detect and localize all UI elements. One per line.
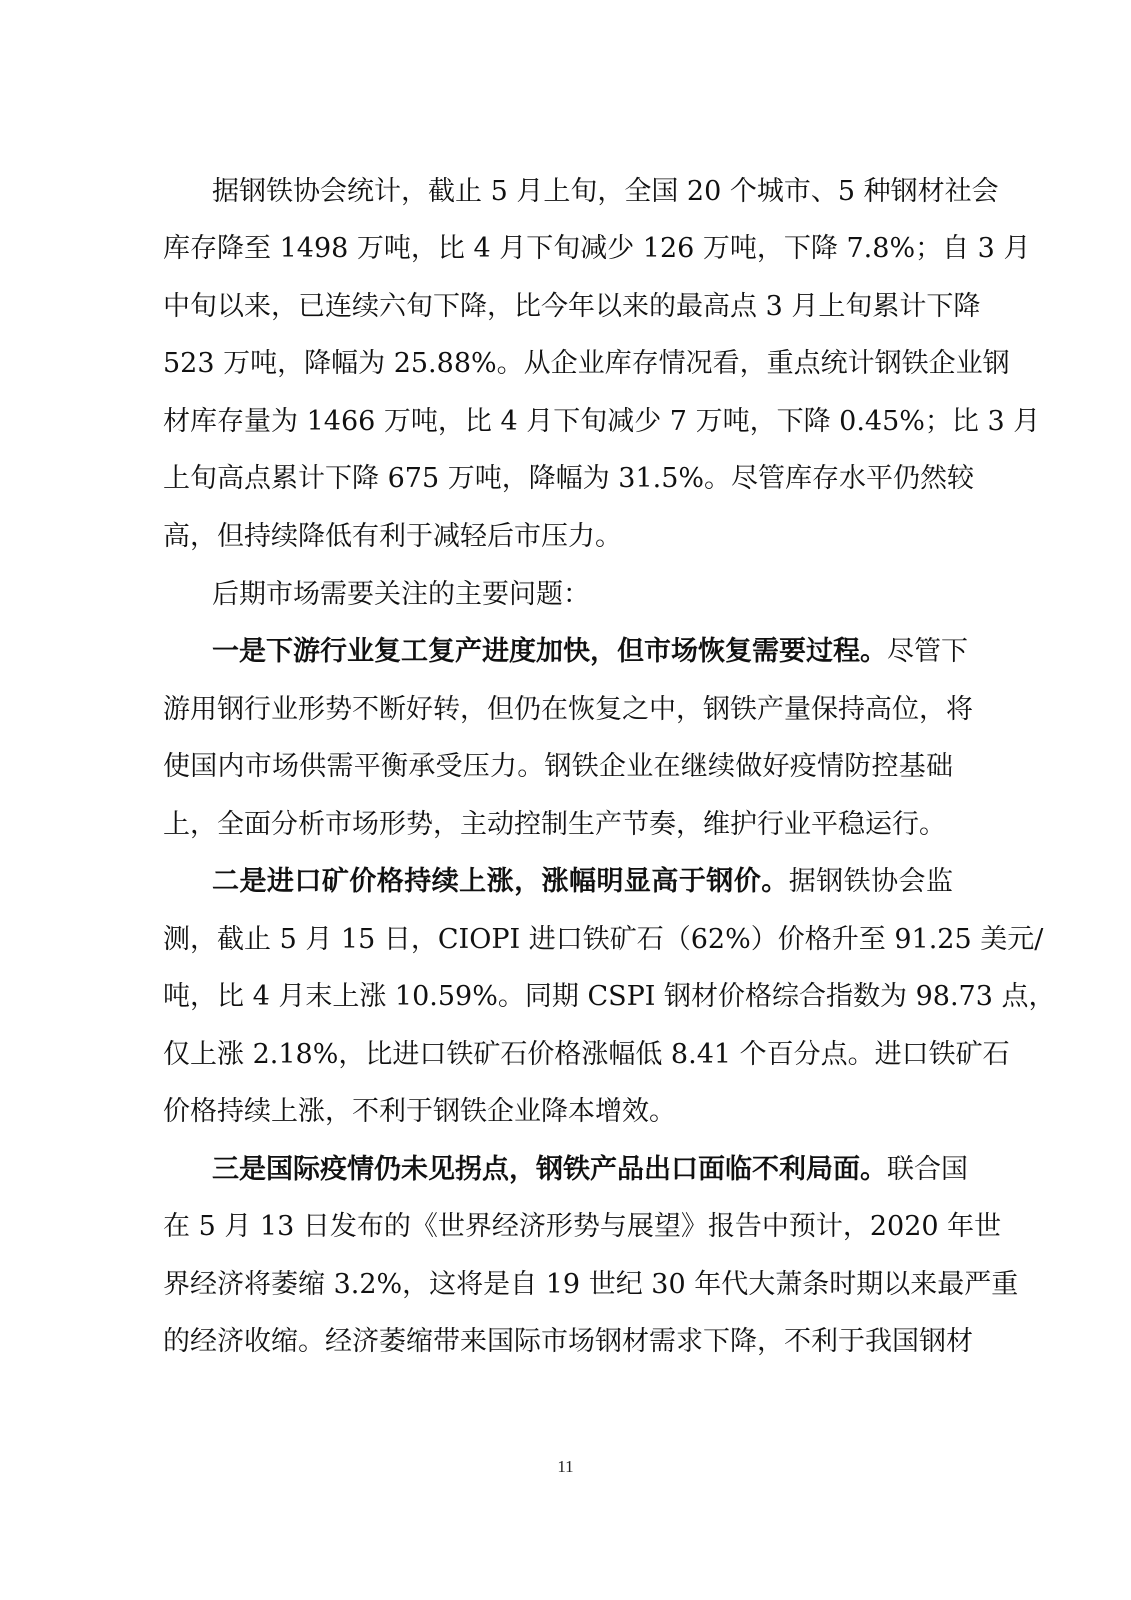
issue-lead: 三是国际疫情仍未见拐点，钢铁产品出口面临不利局面。 (212, 1154, 887, 1185)
text-line: 的经济收缩。经济萎缩带来国际市场钢材需求下降，不利于我国钢材 (163, 1322, 953, 1362)
text-line: 游用钢行业形势不断好转，但仍在恢复之中，钢铁产量保持高位，将 (163, 690, 953, 730)
text-line: 仅上涨 2.18%，比进口铁矿石价格涨幅低 8.41 个百分点。进口铁矿石 (163, 1035, 953, 1075)
text-line: 据钢铁协会统计，截止 5 月上旬，全国 20 个城市、5 种钢材社会 (212, 172, 953, 212)
document-page: 据钢铁协会统计，截止 5 月上旬，全国 20 个城市、5 种钢材社会 库存降至 … (0, 0, 1131, 1600)
text-line: 使国内市场供需平衡承受压力。钢铁企业在继续做好疫情防控基础 (163, 747, 953, 787)
text-line: 一是下游行业复工复产进度加快，但市场恢复需要过程。尽管下 (212, 632, 953, 672)
text-line: 吨，比 4 月末上涨 10.59%。同期 CSPI 钢材价格综合指数为 98.7… (163, 977, 953, 1017)
text-line: 二是进口矿价格持续上涨，涨幅明显高于钢价。据钢铁协会监 (212, 862, 953, 902)
issue-lead: 一是下游行业复工复产进度加快，但市场恢复需要过程。 (212, 636, 887, 667)
text-line: 价格持续上涨，不利于钢铁企业降本增效。 (163, 1092, 953, 1132)
text-line: 上旬高点累计下降 675 万吨，降幅为 31.5%。尽管库存水平仍然较 (163, 459, 953, 499)
text-line: 测，截止 5 月 15 日，CIOPI 进口铁矿石（62%）价格升至 91.25… (163, 920, 953, 960)
section-heading: 后期市场需要关注的主要问题： (212, 575, 953, 615)
text-line: 高，但持续降低有利于减轻后市压力。 (163, 517, 953, 557)
text-line: 三是国际疫情仍未见拐点，钢铁产品出口面临不利局面。联合国 (212, 1150, 953, 1190)
text-line: 中旬以来，已连续六旬下降，比今年以来的最高点 3 月上旬累计下降 (163, 287, 953, 327)
text-run: 据钢铁协会监 (789, 866, 953, 897)
page-number: 11 (0, 1457, 1131, 1477)
text-line: 523 万吨，降幅为 25.88%。从企业库存情况看，重点统计钢铁企业钢 (163, 344, 953, 384)
text-line: 材库存量为 1466 万吨，比 4 月下旬减少 7 万吨，下降 0.45%；比 … (163, 402, 953, 442)
text-run: 联合国 (887, 1154, 968, 1185)
text-line: 库存降至 1498 万吨，比 4 月下旬减少 126 万吨，下降 7.8%；自 … (163, 229, 953, 269)
text-line: 上，全面分析市场形势，主动控制生产节奏，维护行业平稳运行。 (163, 805, 953, 845)
text-run: 尽管下 (887, 636, 968, 667)
text-line: 界经济将萎缩 3.2%，这将是自 19 世纪 30 年代大萧条时期以来最严重 (163, 1265, 953, 1305)
text-line: 在 5 月 13 日发布的《世界经济形势与展望》报告中预计，2020 年世 (163, 1207, 953, 1247)
issue-lead: 二是进口矿价格持续上涨，涨幅明显高于钢价。 (212, 866, 789, 897)
